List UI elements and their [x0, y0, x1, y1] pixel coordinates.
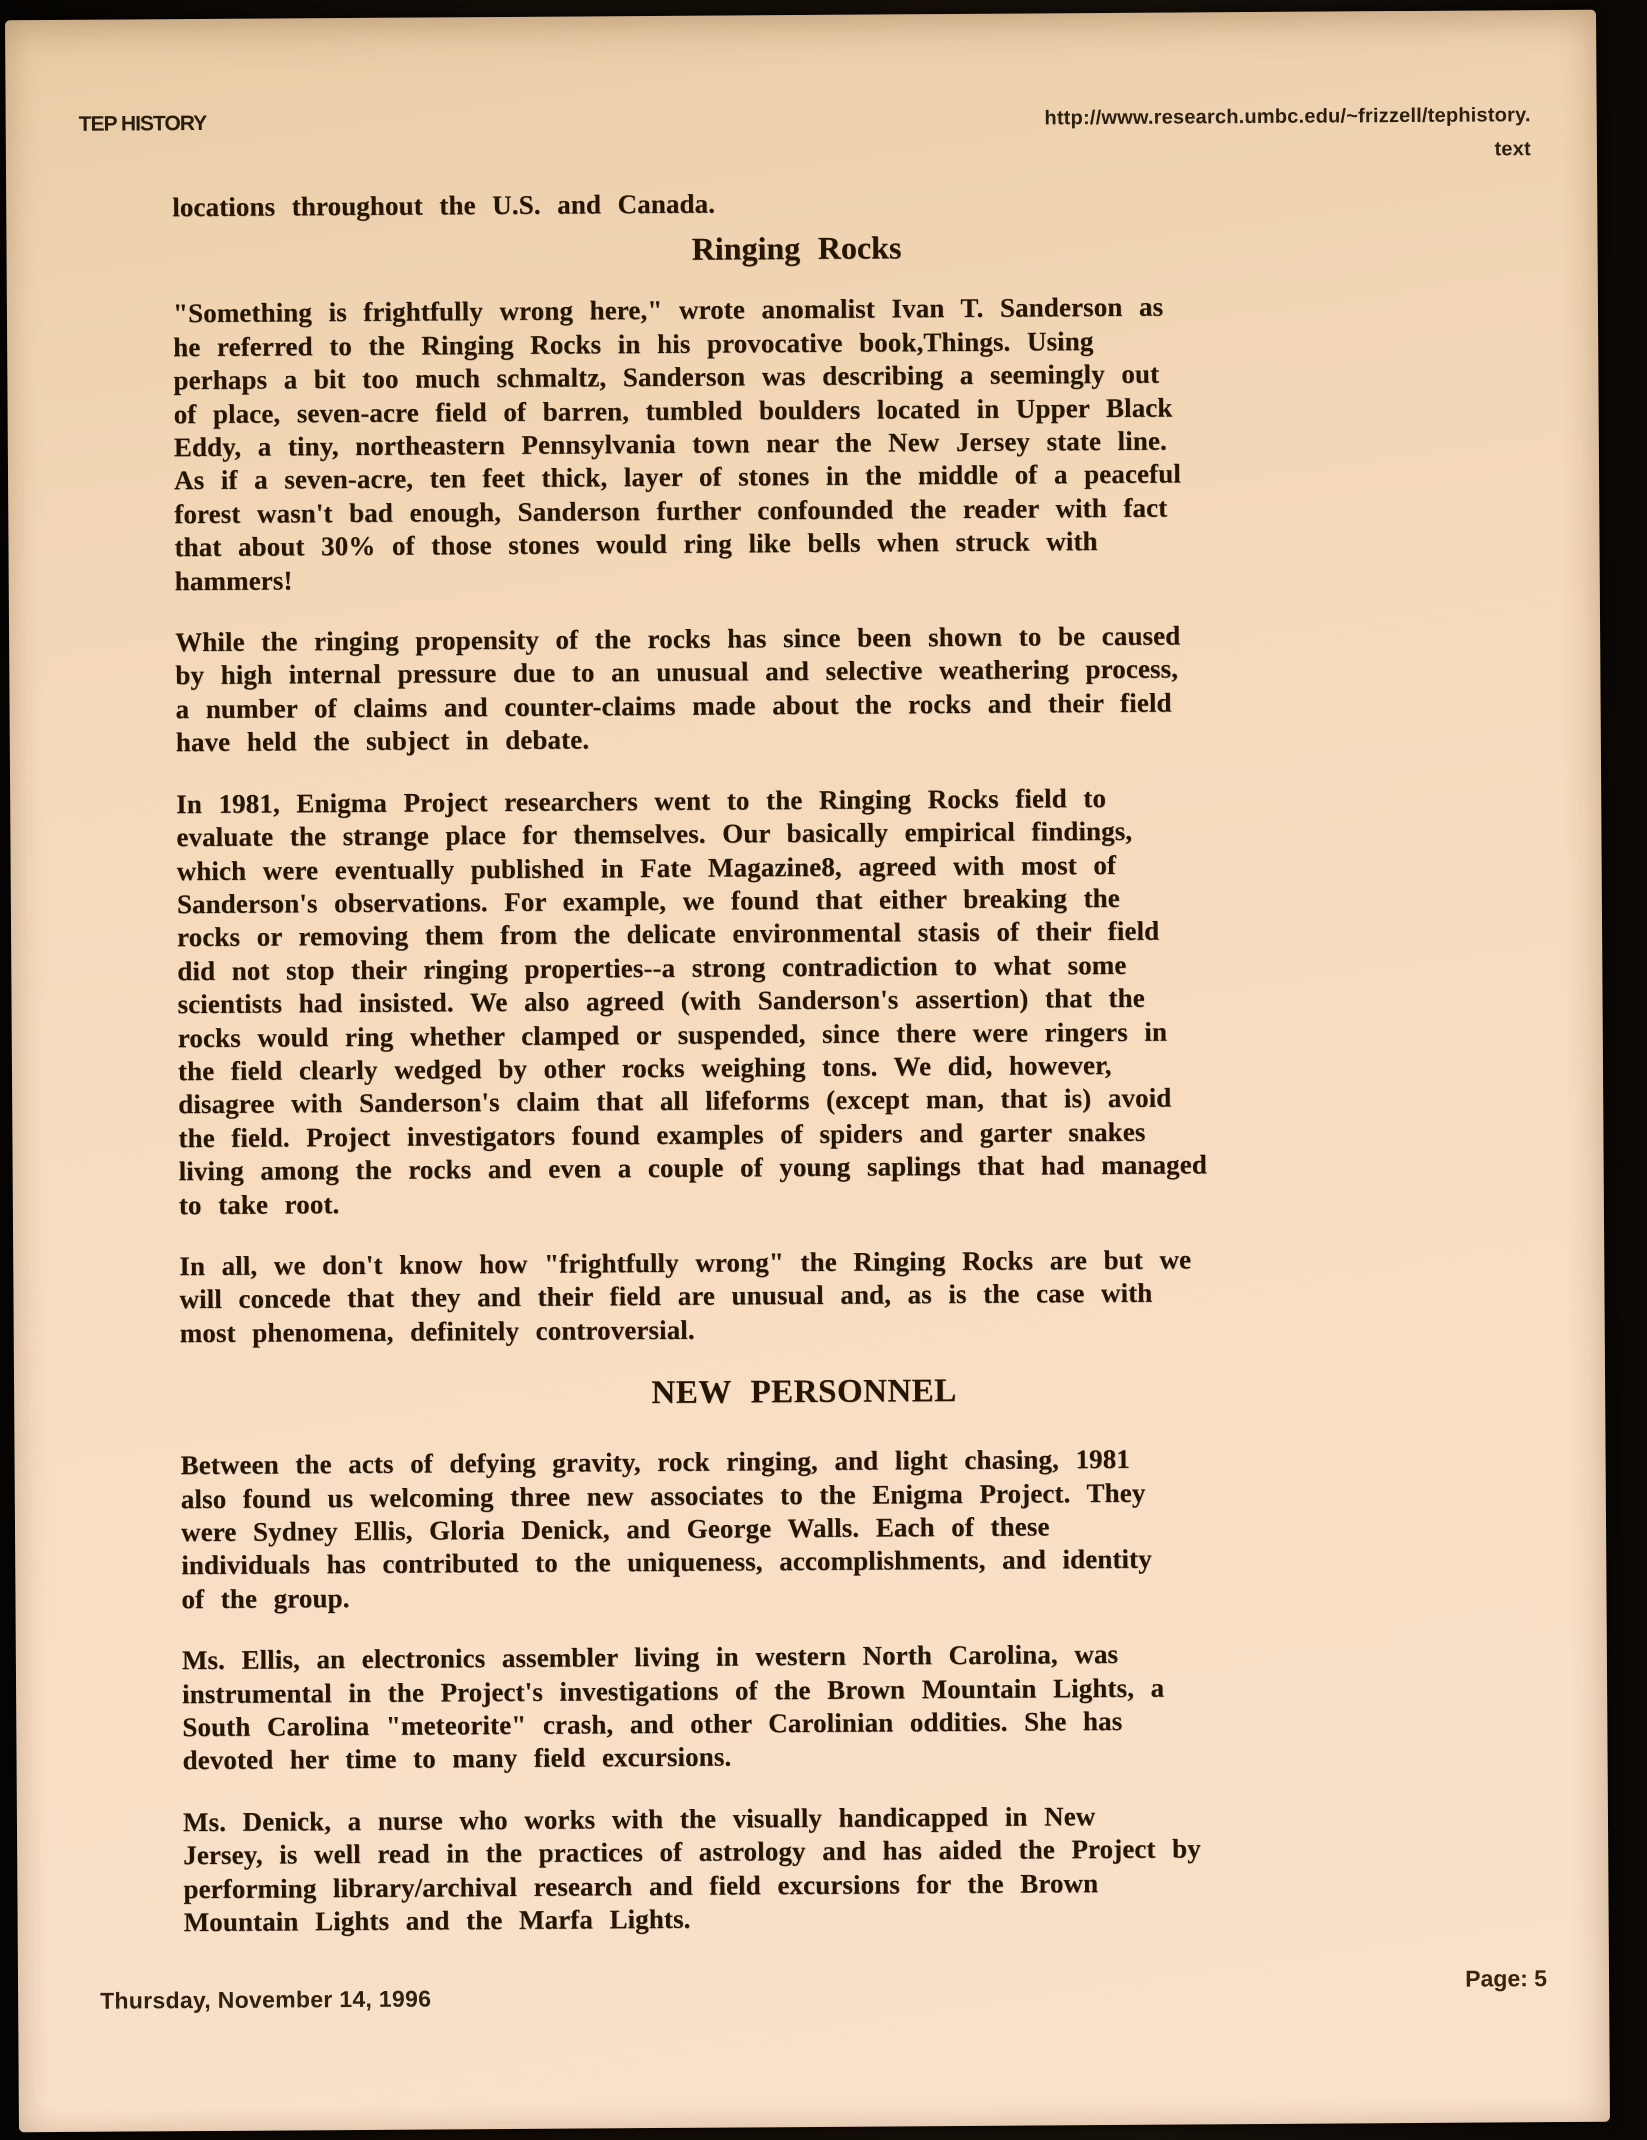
- document-header-title: TEP HISTORY: [79, 112, 207, 137]
- paragraph-ms-denick: Ms. Denick, a nurse who works with the v…: [183, 1798, 1432, 1940]
- document-body: locations throughout the U.S. and Canada…: [172, 183, 1432, 1968]
- footer-page-number: Page: 5: [1465, 1965, 1547, 1993]
- paragraph-sanderson-quote: "Something is frightfully wrong here," w…: [173, 289, 1423, 598]
- footer-print-date: Thursday, November 14, 1996: [100, 1986, 431, 2015]
- section-heading-ringing-rocks: Ringing Rocks: [172, 226, 1420, 271]
- paragraph-weathering-claims: While the ringing propensity of the rock…: [175, 618, 1424, 760]
- section-heading-new-personnel: NEW PERSONNEL: [180, 1370, 1428, 1415]
- paragraph-ms-ellis: Ms. Ellis, an electronics assembler livi…: [182, 1636, 1431, 1778]
- scanner-bed-background: TEP HISTORY http://www.research.umbc.edu…: [0, 0, 1647, 2140]
- paragraph-new-associates: Between the acts of defying gravity, roc…: [180, 1441, 1429, 1616]
- paragraph-1981-field-visit: In 1981, Enigma Project researchers went…: [176, 780, 1427, 1223]
- paragraph-intro-continuation: locations throughout the U.S. and Canada…: [172, 183, 1420, 225]
- paragraph-conclusion-controversial: In all, we don't know how "frightfully w…: [179, 1242, 1428, 1350]
- scanned-document-page: TEP HISTORY http://www.research.umbc.edu…: [5, 10, 1610, 2133]
- document-header-url: http://www.research.umbc.edu/~frizzell/t…: [1044, 98, 1531, 169]
